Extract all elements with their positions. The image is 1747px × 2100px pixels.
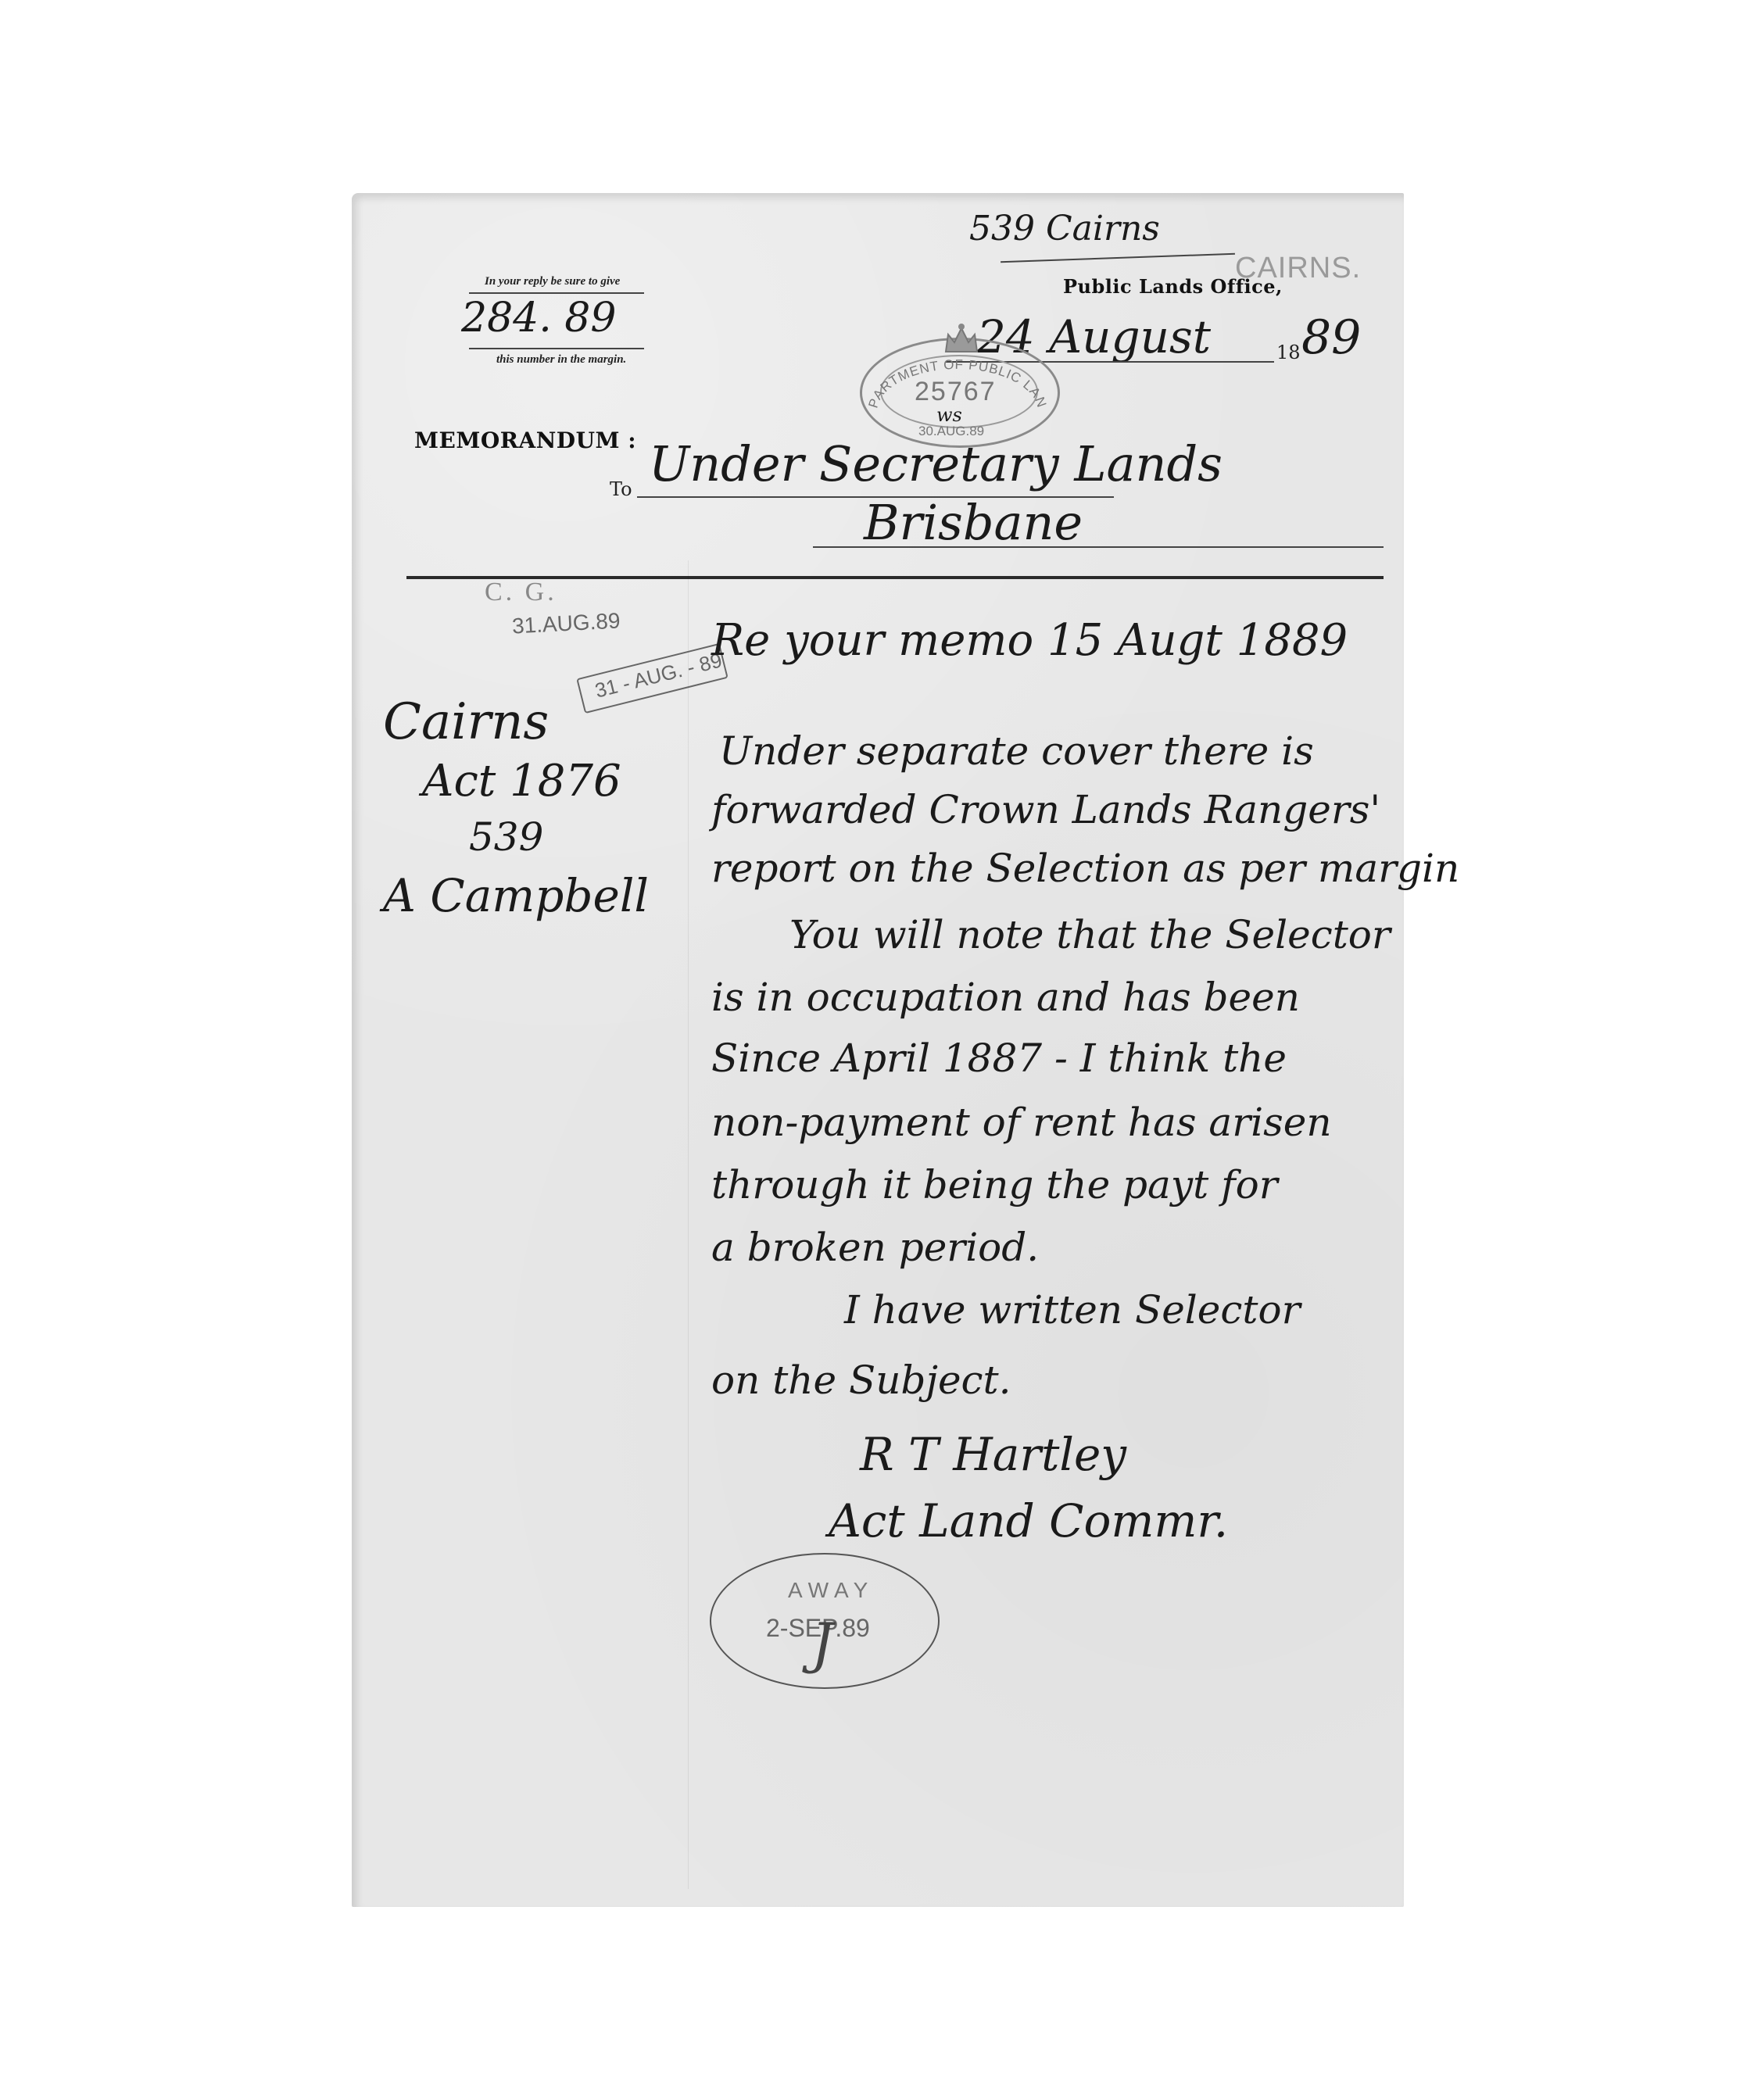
year-prefix: 18 <box>1276 342 1301 363</box>
away-stamp-initial: J <box>811 1612 833 1676</box>
reply-instruction-top: In your reply be sure to give <box>485 275 620 288</box>
memorandum-heading: MEMORANDUM : <box>414 428 636 453</box>
received-stamp: 31 - AUG. - 89 <box>576 643 729 714</box>
cg-stamp-label: C. G. <box>485 578 557 607</box>
memorandum-page: 539 Cairns CAIRNS. Public Lands Office, … <box>352 193 1404 1907</box>
margin-note-selector: A Campbell <box>383 869 649 922</box>
department-stamp: DEPARTMENT OF PUBLIC LANDS 25767 ws 30.A… <box>860 322 1063 443</box>
body-line: I have written Selector <box>844 1287 1300 1333</box>
body-line: on the Subject. <box>711 1358 1011 1403</box>
reply-instruction-bottom: this number in the margin. <box>496 353 626 367</box>
to-rule-2 <box>813 546 1384 548</box>
body-line: is in occupation and has been <box>711 975 1300 1020</box>
body-line: Since April 1887 - I think the <box>711 1036 1287 1081</box>
away-stamp-label: AWAY <box>788 1578 874 1603</box>
body-line: You will note that the Selector <box>789 912 1391 957</box>
margin-line <box>688 560 689 1889</box>
signature-title: Act Land Commr. <box>829 1494 1228 1547</box>
margin-note-act: Act 1876 <box>422 756 621 807</box>
body-line: non-payment of rent has arisen <box>711 1100 1332 1145</box>
recipient-line2: Brisbane <box>864 494 1083 551</box>
reply-number: 284. 89 <box>461 295 616 342</box>
body-line: Under separate cover there is <box>719 728 1314 774</box>
body-line: report on the Selection as per margin <box>711 846 1459 891</box>
to-label: To <box>610 478 632 500</box>
body-salutation: Re your memo 15 Augt 1889 <box>711 615 1348 666</box>
recipient-line1: Under Secretary Lands <box>649 435 1223 492</box>
body-line: forwarded Crown Lands Rangers' <box>711 787 1380 832</box>
reply-rule-bottom <box>469 348 644 349</box>
body-line: through it being the payt for <box>711 1162 1278 1207</box>
file-reference: 539 Cairns <box>969 209 1160 249</box>
margin-note-number: 539 <box>469 814 543 860</box>
reply-rule-top <box>469 292 644 294</box>
stamp-initials: ws <box>936 404 962 426</box>
away-stamp: AWAY 2-SEP.89 J <box>710 1553 944 1690</box>
body-line: a broken period. <box>711 1225 1039 1270</box>
file-reference-underline <box>1001 253 1235 263</box>
signature-name: R T Hartley <box>860 1428 1126 1481</box>
office-name: Public Lands Office, <box>1063 275 1283 298</box>
stamp-number: 25767 <box>915 377 997 407</box>
cg-stamp-date: 31.AUG.89 <box>511 608 621 639</box>
year-suffix: 89 <box>1301 310 1361 365</box>
margin-note-place: Cairns <box>383 693 549 751</box>
